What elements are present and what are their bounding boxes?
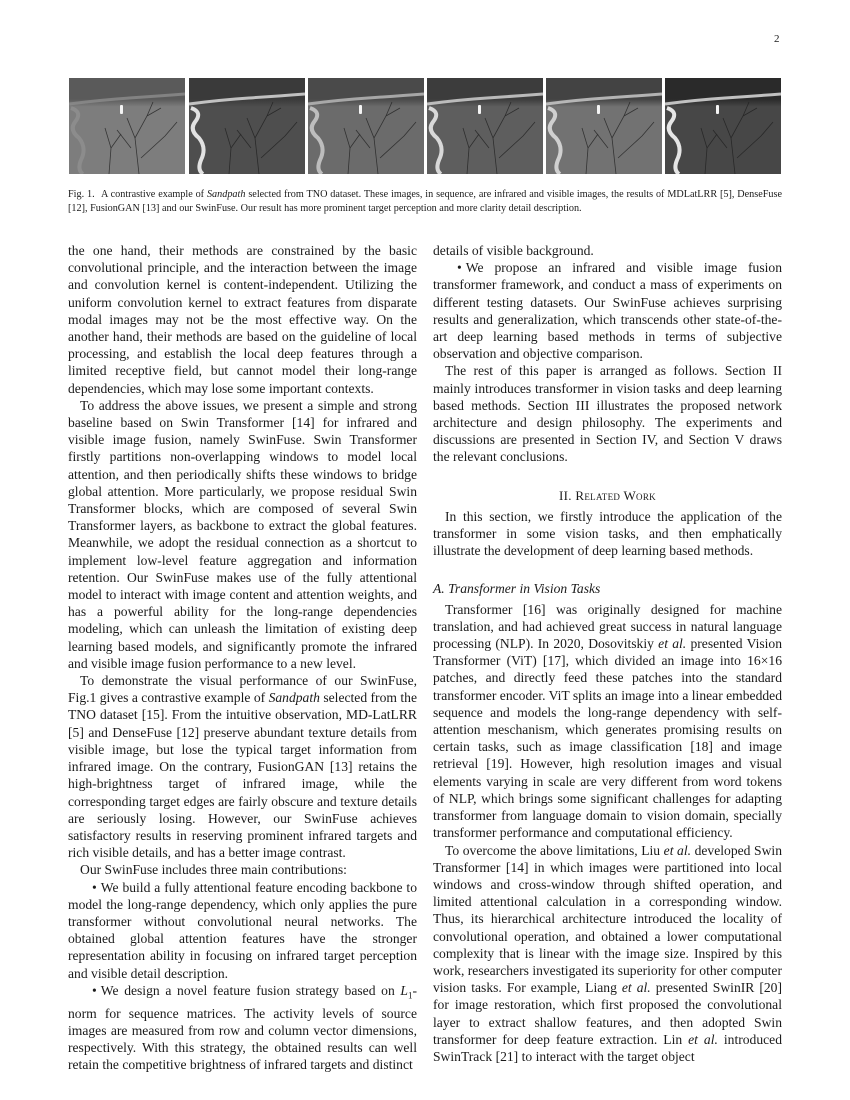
target-person (716, 105, 719, 114)
target-person (120, 105, 123, 114)
figure-panel-infrared (69, 78, 185, 174)
figure-panel-swinfuse (665, 78, 781, 174)
bullet-icon: • (445, 259, 462, 276)
contribution-bullet: •We design a novel feature fusion strate… (68, 982, 417, 1074)
figure-panel-visible (189, 78, 305, 174)
paragraph: Transformer [16] was originally designed… (433, 601, 782, 842)
paragraph: details of visible background. (433, 242, 782, 259)
figure-panel-mdlatlrr (308, 78, 424, 174)
paragraph: To address the above issues, we present … (68, 397, 417, 672)
paragraph: The rest of this paper is arranged as fo… (433, 362, 782, 465)
figure-panel-densefuse (427, 78, 543, 174)
section-heading-related-work: II. Related Work (433, 487, 782, 504)
paragraph: To overcome the above limitations, Liu e… (433, 842, 782, 1066)
paragraph: To demonstrate the visual performance of… (68, 672, 417, 861)
page-number: 2 (774, 33, 780, 45)
paragraph: the one hand, their methods are constrai… (68, 242, 417, 397)
bullet-icon: • (80, 879, 97, 896)
subsection-heading-transformer: A. Transformer in Vision Tasks (433, 580, 782, 597)
paragraph: In this section, we firstly introduce th… (433, 508, 782, 560)
right-column: details of visible background. •We propo… (433, 242, 782, 1065)
math-l1: L (400, 983, 408, 998)
figure-label: Fig. 1. (68, 189, 95, 200)
figure-panel-fusiongan (546, 78, 662, 174)
target-person (359, 105, 362, 114)
figure-caption: Fig. 1. A contrastive example of Sandpat… (68, 188, 782, 216)
target-person (478, 105, 481, 114)
bullet-icon: • (80, 982, 97, 999)
caption-italic: Sandpath (207, 189, 246, 200)
paragraph: Our SwinFuse includes three main contrib… (68, 861, 417, 878)
contribution-bullet: •We build a fully attentional feature en… (68, 879, 417, 982)
caption-text: A contrastive example of (101, 189, 207, 200)
figure-1 (69, 78, 781, 174)
left-column: the one hand, their methods are constrai… (68, 242, 417, 1073)
target-person (597, 105, 600, 114)
contribution-bullet: •We propose an infrared and visible imag… (433, 259, 782, 362)
